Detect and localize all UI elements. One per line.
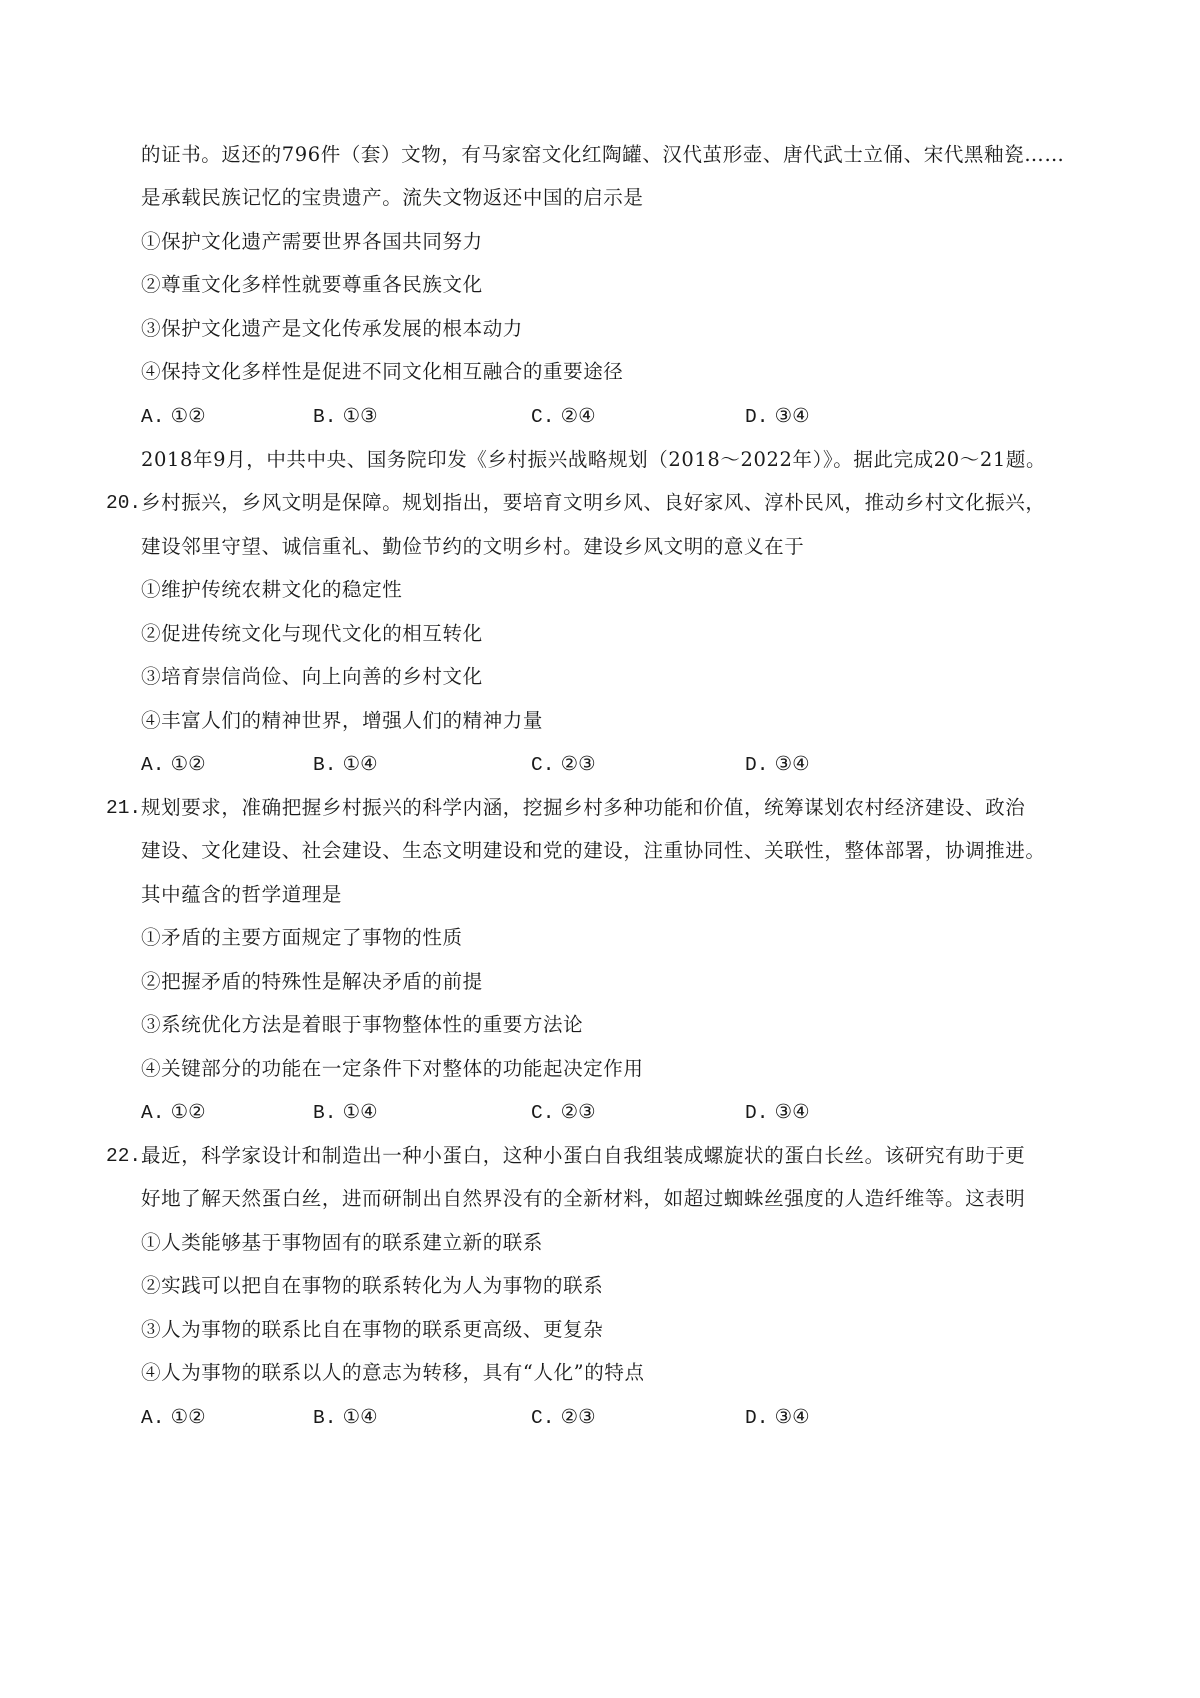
choice-value: ③④ [775, 752, 810, 775]
question-number: 21. [106, 796, 141, 820]
question-number: 20. [106, 491, 141, 515]
choice-value: ①② [171, 404, 206, 427]
choice-letter: D. [745, 1102, 768, 1124]
question-text-line: 其中蕴含的哲学道理是 [141, 883, 342, 907]
question-text-line: 是承载民族记忆的宝贵遗产。流失文物返还中国的启示是 [141, 186, 644, 210]
choice-d[interactable]: D. ③④ [745, 404, 810, 429]
question-number: 22. [106, 1144, 141, 1168]
choice-d[interactable]: D. ③④ [745, 752, 810, 777]
question-text-line: 规划要求，准确把握乡村振兴的科学内涵，挖掘乡村多种功能和价值，统筹谋划农村经济建… [141, 796, 1025, 820]
choice-d[interactable]: D. ③④ [745, 1100, 810, 1125]
choice-b[interactable]: B. ①④ [313, 752, 378, 777]
choice-value: ③④ [775, 404, 810, 427]
option-statement: ②实践可以把自在事物的联系转化为人为事物的联系 [141, 1274, 603, 1298]
choice-value: ②③ [561, 1405, 596, 1428]
choice-value: ①④ [343, 1405, 378, 1428]
choice-value: ②③ [561, 1100, 596, 1123]
option-statement: ②把握矛盾的特殊性是解决矛盾的前提 [141, 970, 483, 994]
option-statement: ③保护文化遗产是文化传承发展的根本动力 [141, 317, 523, 341]
option-statement: ②促进传统文化与现代文化的相互转化 [141, 622, 483, 646]
choice-value: ③④ [775, 1405, 810, 1428]
option-statement: ①保护文化遗产需要世界各国共同努力 [141, 230, 483, 254]
choice-value: ①② [171, 1100, 206, 1123]
choice-letter: D. [745, 1407, 768, 1429]
choice-letter: A. [141, 1407, 164, 1429]
option-statement: ①维护传统农耕文化的稳定性 [141, 578, 402, 602]
option-statement: ③系统优化方法是着眼于事物整体性的重要方法论 [141, 1013, 583, 1037]
option-statement: ①矛盾的主要方面规定了事物的性质 [141, 926, 463, 950]
choice-a[interactable]: A. ①② [141, 1405, 206, 1430]
choice-c[interactable]: C. ②③ [531, 1100, 596, 1125]
choice-b[interactable]: B. ①③ [313, 404, 378, 429]
option-statement: ③人为事物的联系比自在事物的联系更高级、更复杂 [141, 1318, 603, 1342]
choice-letter: D. [745, 754, 768, 776]
choice-letter: C. [531, 406, 554, 428]
question-text-line: 最近，科学家设计和制造出一种小蛋白，这种小蛋白自我组装成螺旋状的蛋白长丝。该研究… [141, 1144, 1025, 1168]
question-text-line: 的证书。返还的796件（套）文物，有马家窑文化红陶罐、汉代茧形壶、唐代武士立俑、… [141, 143, 1064, 167]
question-text-line: 建设、文化建设、社会建设、生态文明建设和党的建设，注重协同性、关联性，整体部署，… [141, 839, 1046, 863]
choice-c[interactable]: C. ②③ [531, 1405, 596, 1430]
option-statement: ④关键部分的功能在一定条件下对整体的功能起决定作用 [141, 1057, 644, 1081]
choice-c[interactable]: C. ②④ [531, 404, 596, 429]
choice-a[interactable]: A. ①② [141, 752, 206, 777]
choice-letter: D. [745, 406, 768, 428]
option-statement: ③培育崇信尚俭、向上向善的乡村文化 [141, 665, 483, 689]
choice-letter: B. [313, 1102, 336, 1124]
choice-value: ①④ [343, 752, 378, 775]
choice-value: ②④ [561, 404, 596, 427]
choice-letter: B. [313, 406, 336, 428]
choice-value: ①④ [343, 1100, 378, 1123]
choice-value: ①③ [343, 404, 378, 427]
option-statement: ④保持文化多样性是促进不同文化相互融合的重要途径 [141, 360, 623, 384]
option-statement: ④丰富人们的精神世界，增强人们的精神力量 [141, 709, 543, 733]
question-text-line: 建设邻里守望、诚信重礼、勤俭节约的文明乡村。建设乡风文明的意义在于 [141, 535, 804, 559]
choice-letter: C. [531, 1102, 554, 1124]
choice-value: ③④ [775, 1100, 810, 1123]
option-statement: ①人类能够基于事物固有的联系建立新的联系 [141, 1231, 543, 1255]
choice-value: ①② [171, 1405, 206, 1428]
choice-letter: A. [141, 406, 164, 428]
choice-a[interactable]: A. ①② [141, 404, 206, 429]
choice-letter: B. [313, 754, 336, 776]
choice-d[interactable]: D. ③④ [745, 1405, 810, 1430]
exam-page: 的证书。返还的796件（套）文物，有马家窑文化红陶罐、汉代茧形壶、唐代武士立俑、… [0, 0, 1200, 1698]
question-text-line: 好地了解天然蛋白丝，进而研制出自然界没有的全新材料，如超过蜘蛛丝强度的人造纤维等… [141, 1187, 1025, 1211]
question-text-line: 乡村振兴，乡风文明是保障。规划指出，要培育文明乡风、良好家风、淳朴民风，推动乡村… [141, 491, 1046, 515]
choice-letter: B. [313, 1407, 336, 1429]
choice-b[interactable]: B. ①④ [313, 1405, 378, 1430]
option-statement: ②尊重文化多样性就要尊重各民族文化 [141, 273, 483, 297]
choice-letter: C. [531, 754, 554, 776]
choice-value: ②③ [561, 752, 596, 775]
option-statement: ④人为事物的联系以人的意志为转移，具有“人化”的特点 [141, 1361, 645, 1385]
choice-a[interactable]: A. ①② [141, 1100, 206, 1125]
choice-letter: A. [141, 754, 164, 776]
choice-letter: C. [531, 1407, 554, 1429]
choice-value: ①② [171, 752, 206, 775]
section-intro: 2018年9月，中共中央、国务院印发《乡村振兴战略规划（2018～2022年）》… [141, 448, 1046, 472]
choice-c[interactable]: C. ②③ [531, 752, 596, 777]
choice-b[interactable]: B. ①④ [313, 1100, 378, 1125]
choice-letter: A. [141, 1102, 164, 1124]
